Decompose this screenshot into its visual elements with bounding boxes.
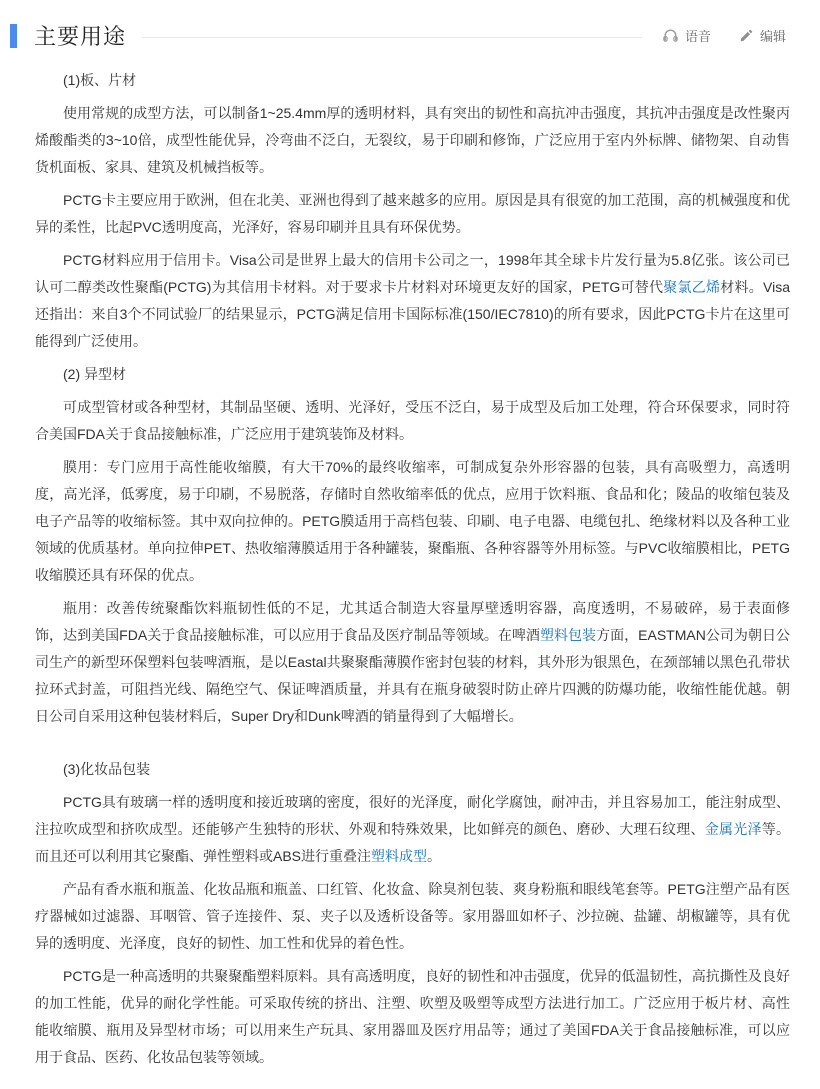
- accent-bar: [10, 24, 17, 48]
- paragraph: 使用常规的成型方法，可以制备1~25.4mm厚的透明材料，具有突出的韧性和高抗冲…: [35, 100, 790, 181]
- paragraph: PCTG卡主要应用于欧洲，但在北美、亚洲也得到了越来越多的应用。原因是具有很宽的…: [35, 187, 790, 241]
- section-title: 主要用途: [34, 20, 126, 51]
- inline-link[interactable]: 塑料包装: [540, 627, 596, 643]
- section-header: 主要用途 语音 编辑: [10, 20, 790, 51]
- paragraph: 瓶用：改善传统聚酯饮料瓶韧性低的不足，尤其适合制造大容量厚壁透明容器，高度透明，…: [35, 595, 790, 730]
- header-divider: [142, 37, 642, 38]
- inline-link[interactable]: 塑料成型: [371, 848, 427, 864]
- header-actions: 语音 编辑: [662, 26, 790, 45]
- text-run: 可成型管材或各种型材，其制品坚硬、透明、光泽好，受压不泛白，易于成型及后加工处理…: [35, 399, 790, 442]
- headphones-icon: [662, 27, 679, 44]
- text-run: (3)化妆品包装: [63, 761, 150, 777]
- paragraph: 膜用：专门应用于高性能收缩膜，有大干70%的最终收缩率，可制成复杂外形容器的包装…: [35, 454, 790, 589]
- article-section: 主要用途 语音 编辑: [0, 0, 820, 1089]
- text-run: 使用常规的成型方法，可以制备1~25.4mm厚的透明材料，具有突出的韧性和高抗冲…: [35, 105, 790, 175]
- text-run: PCTG是一种高透明的共聚聚酯塑料原料。具有高透明度，良好的韧性和冲击强度，优异…: [35, 968, 790, 1065]
- voice-label: 语音: [685, 26, 711, 45]
- section-subtitle: (1)板、片材: [35, 67, 790, 94]
- inline-link[interactable]: 金属光泽: [705, 821, 762, 837]
- paragraph: PCTG是一种高透明的共聚聚酯塑料原料。具有高透明度，良好的韧性和冲击强度，优异…: [35, 963, 790, 1071]
- text-run: (2) 异型材: [63, 366, 126, 382]
- section-subtitle: (3)化妆品包装: [35, 756, 790, 783]
- content: (1)板、片材使用常规的成型方法，可以制备1~25.4mm厚的透明材料，具有突出…: [10, 51, 790, 1071]
- paragraph: PCTG材料应用于信用卡。Visa公司是世界上最大的信用卡公司之一，1998年其…: [35, 247, 790, 355]
- text-run: PCTG卡主要应用于欧洲，但在北美、亚洲也得到了越来越多的应用。原因是具有很宽的…: [35, 192, 790, 235]
- pencil-icon: [739, 28, 754, 43]
- text-run: 膜用：专门应用于高性能收缩膜，有大干70%的最终收缩率，可制成复杂外形容器的包装…: [35, 459, 790, 583]
- paragraph: PCTG具有玻璃一样的透明度和接近玻璃的密度，很好的光泽度，耐化学腐蚀，耐冲击，…: [35, 789, 790, 870]
- text-run: PCTG具有玻璃一样的透明度和接近玻璃的密度，很好的光泽度，耐化学腐蚀，耐冲击，…: [35, 794, 790, 837]
- text-run: 产品有香水瓶和瓶盖、化妆品瓶和瓶盖、口红管、化妆盒、除臭剂包装、爽身粉瓶和眼线笔…: [35, 881, 790, 951]
- paragraph: 可成型管材或各种型材，其制品坚硬、透明、光泽好，受压不泛白，易于成型及后加工处理…: [35, 394, 790, 448]
- text-run: (1)板、片材: [63, 72, 136, 88]
- edit-button[interactable]: 编辑: [739, 26, 786, 45]
- voice-button[interactable]: 语音: [662, 26, 711, 45]
- paragraph: 产品有香水瓶和瓶盖、化妆品瓶和瓶盖、口红管、化妆盒、除臭剂包装、爽身粉瓶和眼线笔…: [35, 876, 790, 957]
- text-run: 。: [427, 848, 441, 864]
- inline-link[interactable]: 聚氯乙烯: [663, 279, 720, 295]
- edit-label: 编辑: [760, 26, 786, 45]
- section-subtitle: (2) 异型材: [35, 361, 790, 388]
